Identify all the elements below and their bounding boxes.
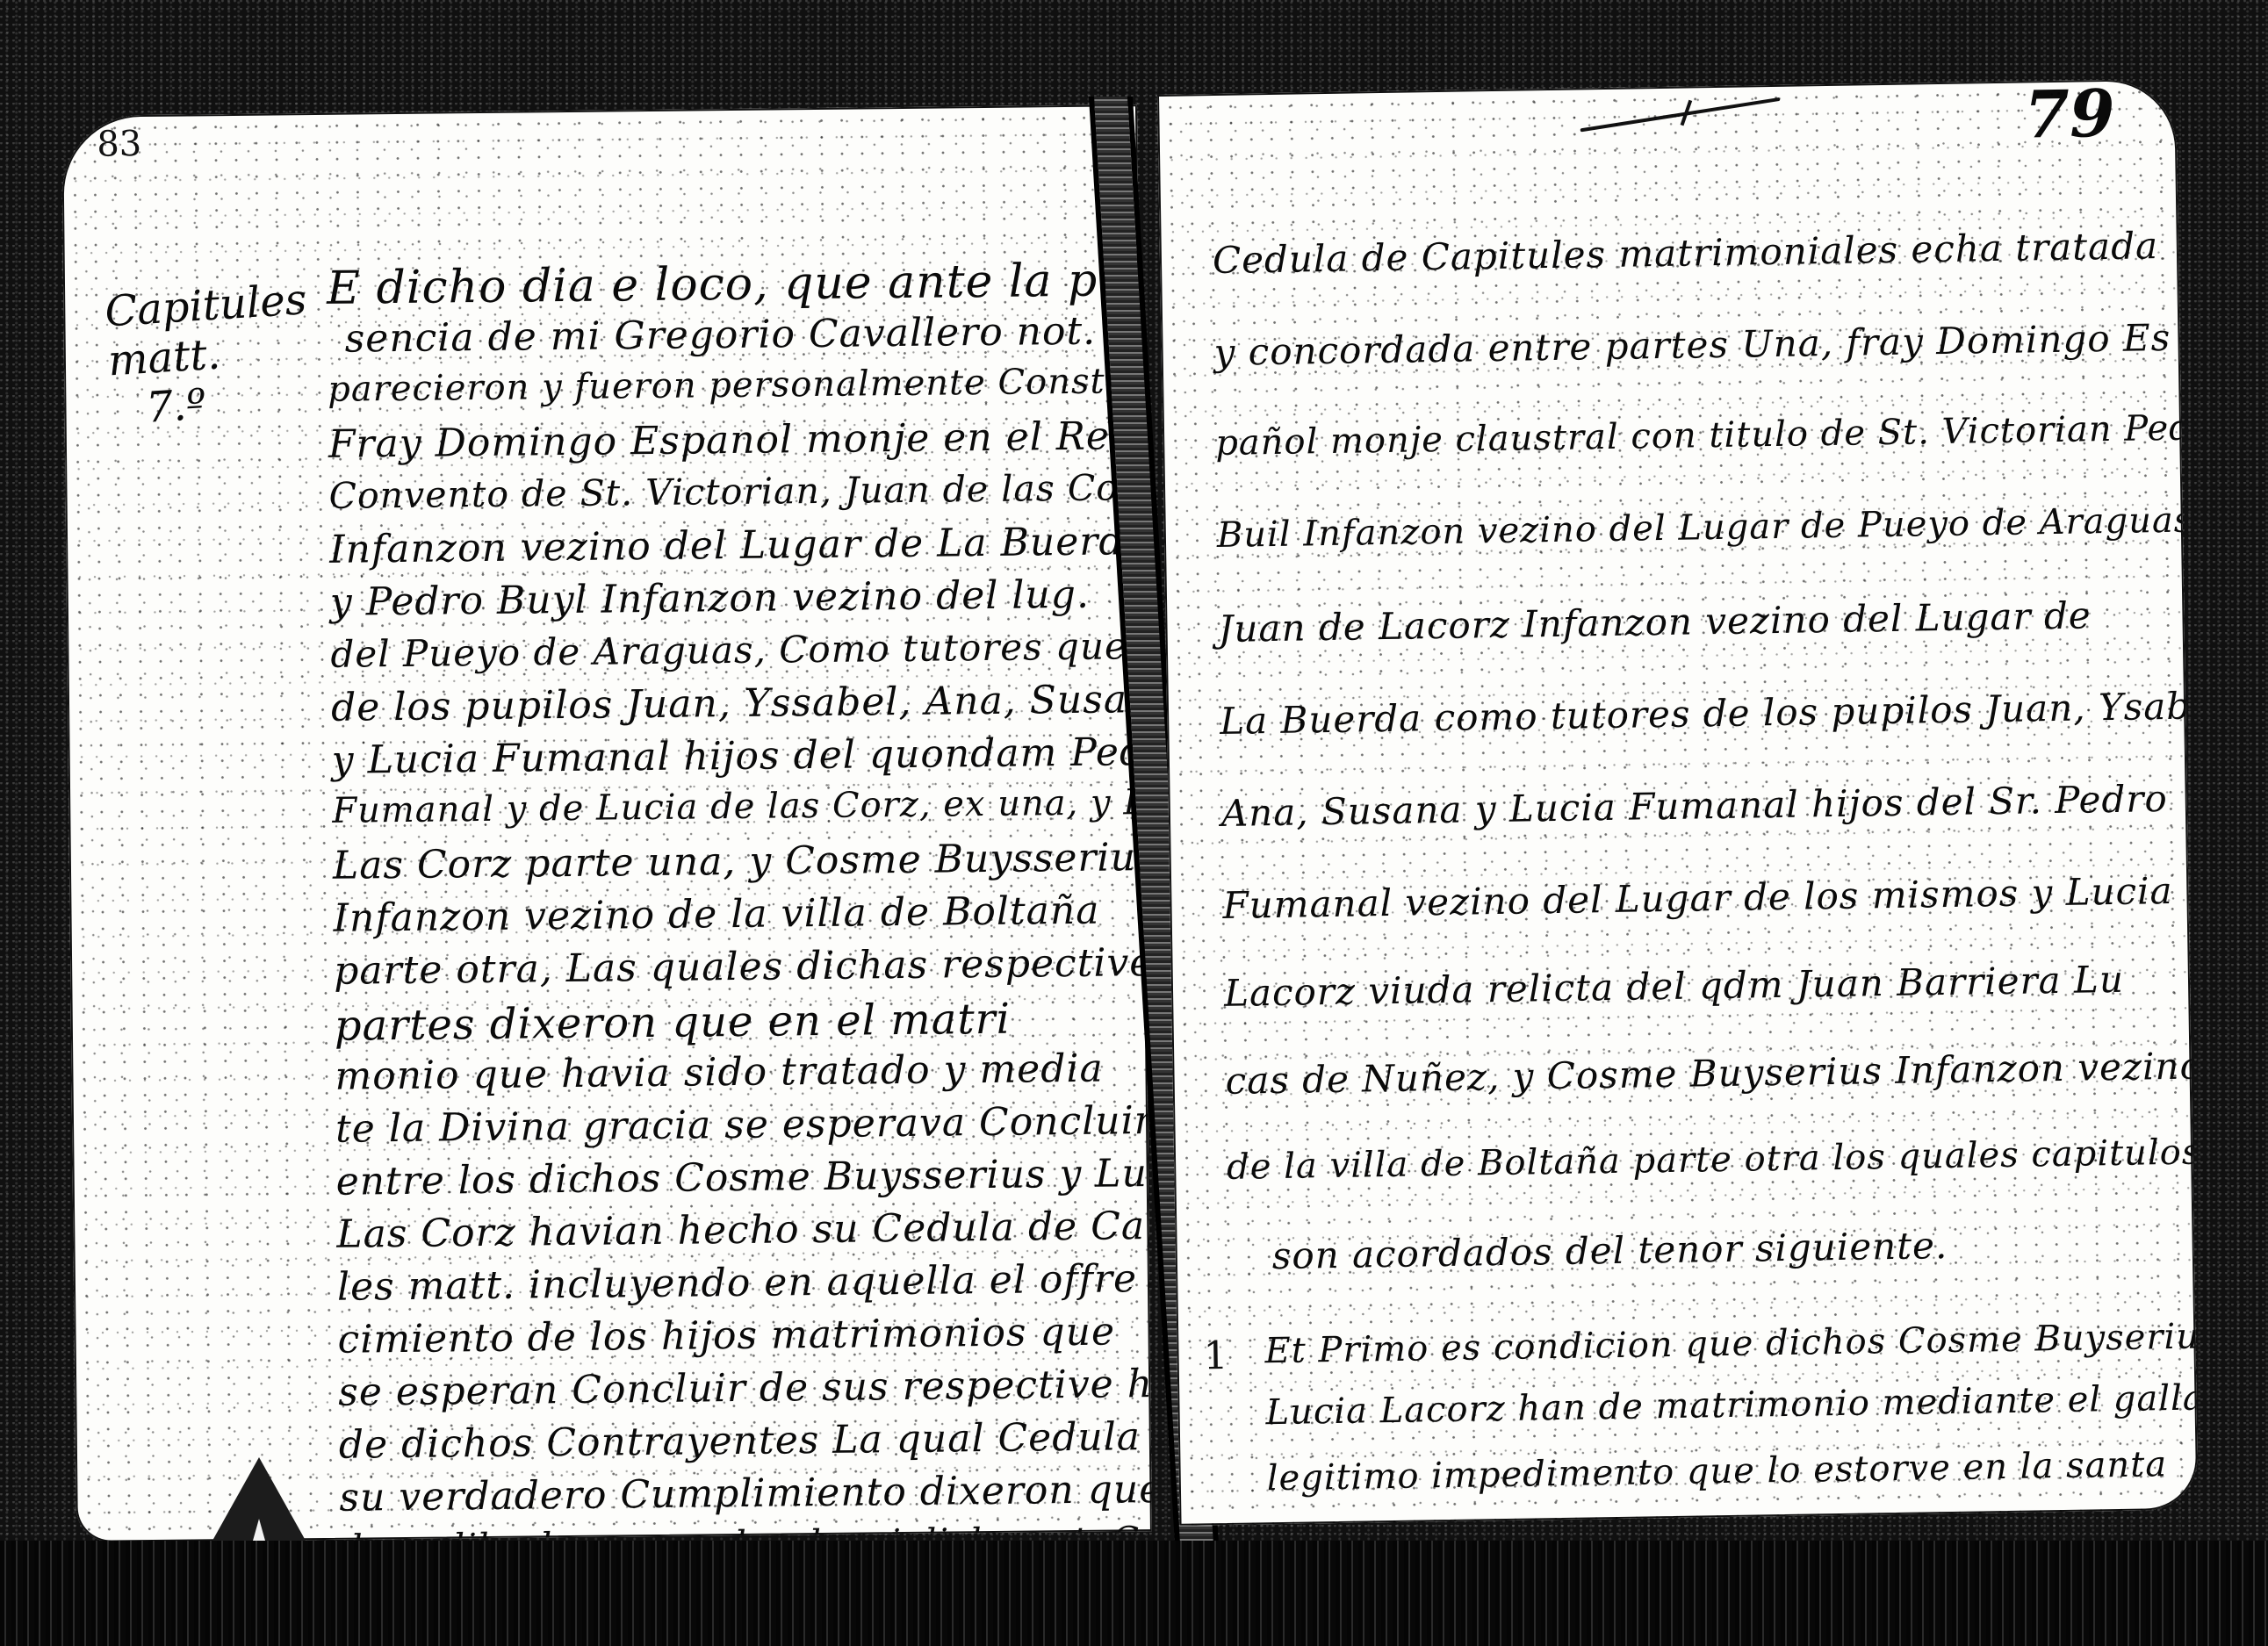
text-line: Convento de St. Victorian, Juan de las C… (328, 466, 1152, 517)
text-line: Las Corz parte una, y Cosme Buysserius (333, 835, 1152, 888)
text-line: Ana, Susana y Lucia Fumanal hijos del Sr… (1220, 777, 2168, 835)
clause-marker: 1 (1203, 1333, 1228, 1378)
text-line: cimiento de los hijos matrimonios que (337, 1310, 1115, 1362)
text-line: de dichos Contrayentes La qual Cedula pa… (339, 1413, 1152, 1468)
margin-note: Capitules matt. 7.º (104, 275, 314, 435)
text-line: de los pupilos Juan, Yssabel, Ana, Susan… (331, 677, 1152, 730)
text-line: son acordados del tenor siguiente. (1271, 1224, 1948, 1277)
text-line: partes dixeron que en el matri (335, 995, 1012, 1051)
text-line: parecieron y fueron personalmente Consti… (328, 360, 1152, 410)
text-line: Fumanal y de Lucia de las Corz, ex una, … (332, 781, 1152, 831)
text-line: entre los dichos Cosme Buysserius y Luci… (335, 1150, 1151, 1204)
text-line: pañol monje claustral con titulo de St. … (1215, 407, 2199, 464)
clause-line: legitimo impedimento que lo estorve en l… (1266, 1444, 2167, 1499)
text-line: del Pueyo de Araguas, Como tutores que s… (330, 623, 1152, 675)
text-line: parte otra, Las quales dichas respective (334, 940, 1152, 994)
text-line: Infanzon vezino de la villa de Boltaña (333, 888, 1099, 941)
folio-number: 79 (2024, 79, 2115, 154)
text-line: y concordada entre partes Una, fray Domi… (1213, 316, 2171, 374)
text-line: monio que havia sido tratado y media (335, 1046, 1104, 1099)
text-line: Fumanal vezino del Lugar de los mismos y… (1222, 869, 2173, 927)
text-line: Fray Domingo Espanol monje en el Real (328, 413, 1148, 467)
text-line: y Lucia Fumanal hijos del quondam Pedro (331, 730, 1152, 783)
text-line: te la Divina gracia se esperava Concluir (335, 1098, 1152, 1152)
text-line: cas de Nuñez, y Cosme Buyserius Infanzon… (1225, 1044, 2198, 1102)
text-line: se esperan Concluir de sus respective hi… (338, 1361, 1152, 1415)
text-line: sencia de mi Gregorio Cavallero not. (344, 309, 1096, 362)
text-line: La Buerda como tutores de los pupilos Ju… (1220, 684, 2199, 743)
right-page: 79 Cedula de Capitules matrimoniales ech… (1157, 79, 2198, 1526)
left-page: 83 Capitules matt. 7.º E dicho dia e loc… (61, 104, 1152, 1542)
text-line: les matt. incluyendo en aquella el offre (337, 1256, 1138, 1310)
scan-bottom-edge (0, 1541, 2268, 1646)
text-line: E dicho dia e loco, que ante la pre (327, 254, 1148, 315)
text-line: Buil Infanzon vezino del Lugar de Pueyo … (1217, 500, 2199, 556)
text-line: Infanzon vezino del Lugar de La Buerda (329, 519, 1148, 572)
text-line: su verdadero Cumplimiento dixeron que (339, 1467, 1152, 1520)
clause-line: Lucia Lacorz han de matrimonio mediante … (1265, 1376, 2198, 1433)
text-line: y Pedro Buyl Infanzon vezino del lug. (330, 572, 1091, 625)
separator-flourish (1580, 97, 1781, 133)
clause-line: Et Primo es condicion que dichos Cosme B… (1264, 1316, 2198, 1372)
text-line: Las Corz havian hecho su Cedula de Capit… (336, 1203, 1152, 1257)
corner-mark: 83 (97, 124, 141, 165)
text-line: de la villa de Boltaña parte otra los qu… (1227, 1132, 2199, 1187)
text-line: Juan de Lacorz Infanzon vezino del Lugar… (1218, 593, 2092, 650)
text-line: Cedula de Capitules matrimoniales echa t… (1213, 224, 2159, 282)
text-line: Lacorz viuda relicta del qdm Juan Barrie… (1224, 958, 2125, 1015)
